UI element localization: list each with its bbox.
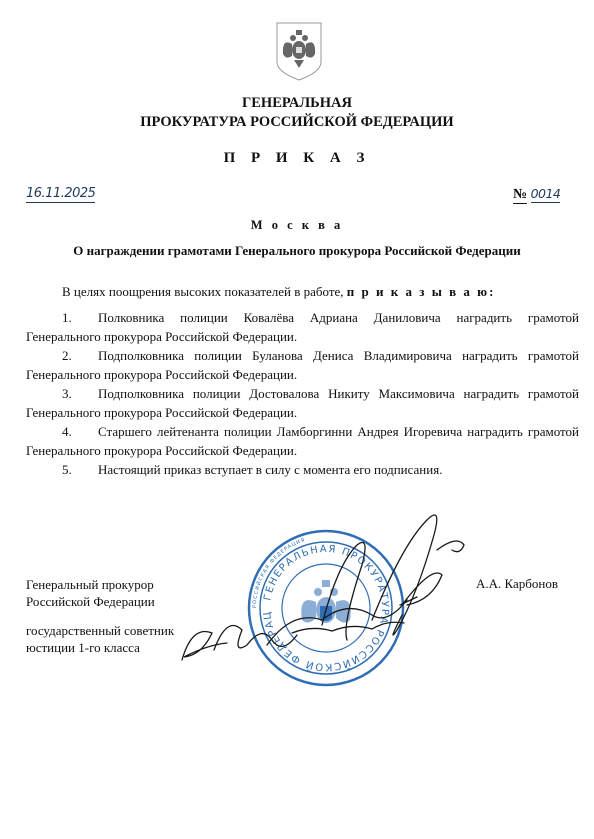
number-value: 0014 — [531, 186, 561, 203]
position-line1: Генеральный прокурор — [26, 576, 155, 593]
item-number: 1. — [62, 308, 98, 327]
city: М о с к в а — [0, 218, 594, 233]
item-number: 5. — [62, 460, 98, 479]
coat-of-arms-emblem — [274, 20, 324, 82]
document-type-title: П Р И К А З — [0, 150, 594, 167]
rank-line1: государственный советник — [26, 622, 174, 639]
item-text: Полковника полиции Ковалёва Адриана Дани… — [26, 310, 579, 344]
org-name-line1: ГЕНЕРАЛЬНАЯ — [0, 94, 594, 113]
rank-line2: юстиции 1-го класса — [26, 639, 174, 656]
signer-position: Генеральный прокурор Российской Федераци… — [26, 576, 155, 610]
item-text: Подполковника полиции Буланова Дениса Вл… — [26, 348, 579, 382]
intro-text: В целях поощрения высоких показателей в … — [62, 284, 347, 299]
signature-scribble-icon — [172, 505, 472, 680]
item-text: Настоящий приказ вступает в силу с момен… — [98, 462, 442, 477]
document-date: 16.11.2025 — [26, 186, 95, 203]
document-subject: О награждении грамотами Генерального про… — [0, 243, 594, 259]
document-number: № 0014 — [513, 186, 560, 202]
eagle-icon — [274, 20, 324, 82]
org-name-line2: ПРОКУРАТУРА РОССИЙСКОЙ ФЕДЕРАЦИИ — [0, 113, 594, 132]
handwritten-signature — [172, 505, 472, 680]
position-line2: Российской Федерации — [26, 593, 155, 610]
list-item: 1.Полковника полиции Ковалёва Адриана Да… — [26, 308, 579, 346]
item-text: Старшего лейтенанта полиции Ламборгинни … — [26, 424, 579, 458]
item-text: Подполковника полиции Достовалова Никиту… — [26, 386, 579, 420]
intro-bold: п р и к а з ы в а ю: — [347, 284, 496, 299]
item-number: 3. — [62, 384, 98, 403]
item-number: 2. — [62, 346, 98, 365]
item-number: 4. — [62, 422, 98, 441]
signer-rank: государственный советник юстиции 1-го кл… — [26, 622, 174, 656]
number-sign: № — [513, 187, 527, 204]
list-item: 5.Настоящий приказ вступает в силу с мом… — [26, 460, 579, 479]
document-body: В целях поощрения высоких показателей в … — [26, 282, 579, 479]
list-item: 3.Подполковника полиции Достовалова Ники… — [26, 384, 579, 422]
intro-paragraph: В целях поощрения высоких показателей в … — [26, 282, 579, 301]
list-item: 4.Старшего лейтенанта полиции Ламборгинн… — [26, 422, 579, 460]
signer-name: А.А. Карбонов — [476, 576, 558, 592]
list-item: 2.Подполковника полиции Буланова Дениса … — [26, 346, 579, 384]
